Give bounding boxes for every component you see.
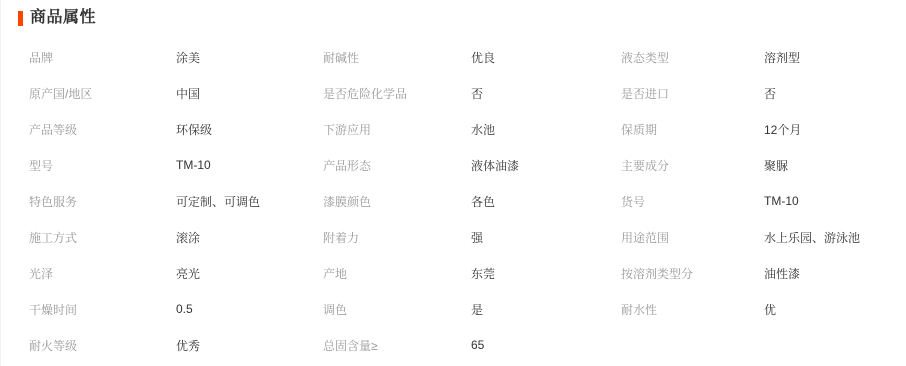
attr-value: 优良 [471,49,621,66]
attr-value: 油性漆 [764,265,906,282]
attr-value: 可定制、可调色 [176,193,323,210]
attr-value: 涂美 [176,49,323,66]
attr-label: 漆膜颜色 [323,193,471,210]
table-row: 产品等级 环保级 下游应用 水池 保质期 12个月 [29,111,906,147]
attr-value: 强 [471,229,621,246]
attr-label: 产品等级 [29,121,176,138]
attr-label: 品牌 [29,49,176,66]
attr-label: 产地 [323,265,471,282]
table-row: 品牌 涂美 耐碱性 优良 液态类型 溶剂型 [29,39,906,75]
attributes-table: 品牌 涂美 耐碱性 优良 液态类型 溶剂型 原产国/地区 中国 是否危险化学品 … [1,39,906,363]
attr-value: 水池 [471,121,621,138]
attr-value: 65 [471,338,621,352]
attr-value: 否 [471,85,621,102]
attr-label: 光泽 [29,265,176,282]
table-row: 耐火等级 优秀 总固含量≥ 65 [29,327,906,363]
attr-value: 否 [764,85,906,102]
accent-bar-icon [18,11,23,26]
attr-label: 用途范围 [621,229,764,246]
table-row: 干燥时间 0.5 调色 是 耐水性 优 [29,291,906,327]
attr-label: 特色服务 [29,193,176,210]
attr-value: TM-10 [176,158,323,172]
attr-label: 货号 [621,193,764,210]
attr-label: 型号 [29,157,176,174]
attr-label: 耐碱性 [323,49,471,66]
attr-label: 主要成分 [621,157,764,174]
table-row: 特色服务 可定制、可调色 漆膜颜色 各色 货号 TM-10 [29,183,906,219]
attr-label: 附着力 [323,229,471,246]
attr-label: 原产国/地区 [29,85,176,102]
attr-label: 干燥时间 [29,301,176,318]
attr-label: 是否危险化学品 [323,85,471,102]
attr-label: 保质期 [621,121,764,138]
attr-value: TM-10 [764,194,906,208]
attr-label: 总固含量≥ [323,337,471,354]
product-attributes-panel: 商品属性 品牌 涂美 耐碱性 优良 液态类型 溶剂型 原产国/地区 中国 是否危… [0,0,906,366]
table-row: 原产国/地区 中国 是否危险化学品 否 是否进口 否 [29,75,906,111]
panel-header: 商品属性 [1,0,906,26]
attr-value: 滚涂 [176,229,323,246]
attr-value: 优秀 [176,337,323,354]
attr-label: 调色 [323,301,471,318]
attr-label: 耐水性 [621,301,764,318]
attr-value: 亮光 [176,265,323,282]
attr-label: 耐火等级 [29,337,176,354]
attr-label: 是否进口 [621,85,764,102]
attr-value: 12个月 [764,121,906,138]
attr-label: 施工方式 [29,229,176,246]
attr-value: 中国 [176,85,323,102]
attr-value: 各色 [471,193,621,210]
attr-label: 产品形态 [323,157,471,174]
attr-value: 0.5 [176,302,323,316]
attr-value: 优 [764,301,906,318]
attr-value: 环保级 [176,121,323,138]
attr-value: 水上乐园、游泳池 [764,229,906,246]
table-row: 施工方式 滚涂 附着力 强 用途范围 水上乐园、游泳池 [29,219,906,255]
attr-value: 东莞 [471,265,621,282]
table-row: 光泽 亮光 产地 东莞 按溶剂类型分 油性漆 [29,255,906,291]
attr-value: 聚脲 [764,157,906,174]
attr-value: 是 [471,301,621,318]
table-row: 型号 TM-10 产品形态 液体油漆 主要成分 聚脲 [29,147,906,183]
attr-label: 液态类型 [621,49,764,66]
attr-label: 按溶剂类型分 [621,265,764,282]
attr-value: 溶剂型 [764,49,906,66]
panel-title: 商品属性 [30,10,96,26]
attr-label: 下游应用 [323,121,471,138]
attr-value: 液体油漆 [471,157,621,174]
